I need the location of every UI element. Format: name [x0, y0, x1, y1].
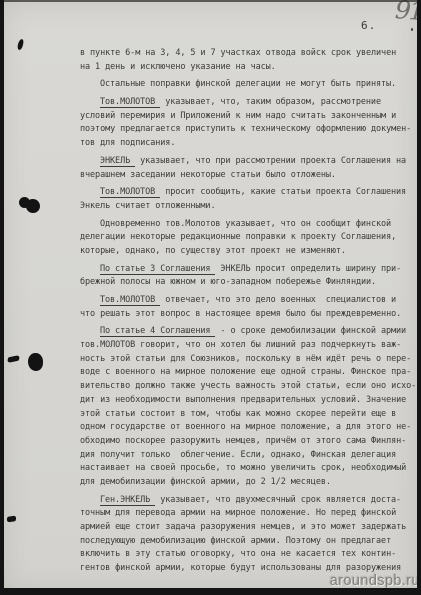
- paragraph: По статье 3 Соглашения ЭНКЕЛЬ просит опр…: [80, 263, 418, 290]
- text-line: условий перемирия и Приложений к ним над…: [80, 110, 418, 124]
- text-line: поэтому предлагается приступить к технич…: [80, 123, 418, 137]
- text-line: Тов.МОЛОТОВ указывает, что, таким образо…: [80, 96, 418, 110]
- text-line: тов.МОЛОТОВ говорит, что он хотел бы лиш…: [80, 339, 418, 353]
- text-line: включить в эту статью оговорку, что она …: [80, 548, 418, 562]
- paragraph: Одновременно тов.Молотов указывает, что …: [80, 218, 418, 259]
- scan-edge-top: [0, 0, 421, 2]
- speaker-heading: По статье 4 Соглашения: [100, 326, 215, 337]
- ink-dot: [411, 28, 413, 31]
- text-line: ность этой статьи для Союзников, посколь…: [80, 353, 418, 367]
- text-line: что решать этот вопрос в настоящее время…: [80, 308, 418, 322]
- text-line: этой статьи состоит в том, чтобы как мож…: [80, 408, 418, 422]
- text-line: Одновременно тов.Молотов указывает, что …: [80, 218, 418, 232]
- ink-blot: [17, 39, 24, 51]
- text-line: брежной полосы на южном и юго-западном п…: [80, 276, 418, 290]
- text-line: точным для перевода армии на мирное поло…: [80, 507, 418, 521]
- text-line: армией еще стоит задача разоружения немц…: [80, 521, 418, 535]
- paragraph: Тов.МОЛОТОВ указывает, что, таким образо…: [80, 96, 418, 151]
- scan-edge-right: [417, 0, 421, 595]
- paragraph: Остальные поправки финской делегации не …: [80, 78, 418, 92]
- speaker-heading: Тов.МОЛОТОВ: [100, 97, 160, 108]
- scan-edge-bottom: [0, 588, 421, 595]
- speaker-heading: Тов.МОЛОТОВ: [100, 295, 160, 306]
- text-line: для демобилизации финской армии, до 2 1/…: [80, 476, 418, 490]
- speaker-heading: Тов.МОЛОТОВ: [100, 187, 160, 198]
- text-line: настаивает на своей просьбе, то можно ув…: [80, 462, 418, 476]
- text-line: на 1 день и исключено указание на часы.: [80, 61, 418, 75]
- paragraph: По статье 4 Соглашения - о сроке демобил…: [80, 325, 418, 489]
- document-text-block: в пункте 6-м на 3, 4, 5 и 7 участках отв…: [80, 47, 418, 576]
- speaker-heading: ЭНКЕЛЬ: [100, 156, 135, 167]
- ink-blot: [28, 353, 43, 371]
- ink-smudge: [6, 515, 17, 522]
- text-line: По статье 3 Соглашения ЭНКЕЛЬ просит опр…: [80, 263, 418, 277]
- text-line: Тов.МОЛОТОВ просит сообщить, какие стать…: [80, 186, 418, 200]
- text-line: Ген.ЭНКЕЛЬ указывает, что двухмесячный с…: [80, 494, 418, 508]
- text-line: По статье 4 Соглашения - о сроке демобил…: [80, 325, 418, 339]
- text-line: дит из необходимости выполнения предвари…: [80, 394, 418, 408]
- text-line: Остальные поправки финской делегации не …: [80, 78, 418, 92]
- text-line: воде с военного на мирное положение еще …: [80, 366, 418, 380]
- watermark: aroundspb.ru: [330, 573, 420, 589]
- paragraph: Ген.ЭНКЕЛЬ указывает, что двухмесячный с…: [80, 494, 418, 576]
- paragraph: Тов.МОЛОТОВ отвечает, что это дело военн…: [80, 294, 418, 321]
- text-line: тов для подписания.: [80, 137, 418, 151]
- page-number: 6.: [361, 19, 376, 32]
- scan-edge-left: [0, 0, 4, 595]
- paragraph: в пункте 6-м на 3, 4, 5 и 7 участках отв…: [80, 47, 418, 74]
- text-line: Энкель считает отложенными.: [80, 200, 418, 214]
- text-line: вительство должно также учесть важность …: [80, 380, 418, 394]
- text-line: последующую демобилизацию финской армии.…: [80, 535, 418, 549]
- text-line: делегации некоторые редакционные поправк…: [80, 231, 418, 245]
- text-line: в пункте 6-м на 3, 4, 5 и 7 участках отв…: [80, 47, 418, 61]
- paragraph: ЭНКЕЛЬ указывает, что при рассмотрении п…: [80, 155, 418, 182]
- speaker-heading: Ген.ЭНКЕЛЬ: [100, 495, 155, 506]
- text-line: дия получит только облегчение. Если, одн…: [80, 449, 418, 463]
- text-line: одном государстве от военного на мирное …: [80, 421, 418, 435]
- paragraph: Тов.МОЛОТОВ просит сообщить, какие стать…: [80, 186, 418, 213]
- text-line: которые, однако, по существу этот проект…: [80, 245, 418, 259]
- text-line: Тов.МОЛОТОВ отвечает, что это дело военн…: [80, 294, 418, 308]
- scanned-document-page: 6. 91 в пункте 6-м на 3, 4, 5 и 7 участк…: [0, 0, 421, 595]
- speaker-heading: По статье 3 Соглашения: [100, 264, 215, 275]
- ink-smudge: [7, 355, 21, 363]
- text-line: вчерашнем заседании некоторые статьи был…: [80, 169, 418, 183]
- text-line: ЭНКЕЛЬ указывает, что при рассмотрении п…: [80, 155, 418, 169]
- text-line: обходимо поскорее разоружить немцев, при…: [80, 435, 418, 449]
- ink-blot: [26, 199, 40, 213]
